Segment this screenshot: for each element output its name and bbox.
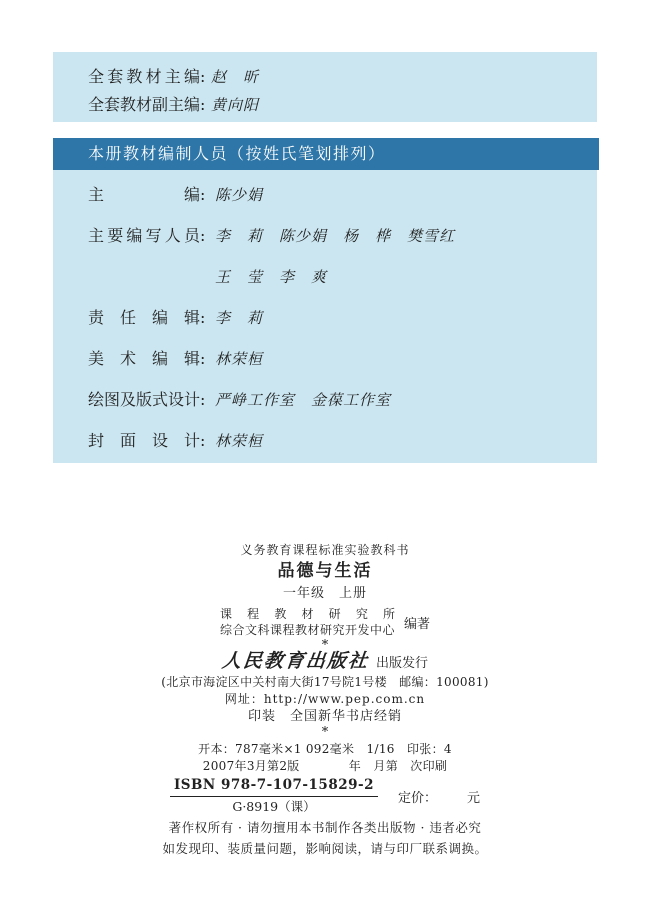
divider-star: *	[0, 727, 650, 738]
price-label: 定价：	[398, 791, 437, 806]
credit-row: 主编:陈少娟	[88, 184, 597, 206]
credit-label: 主要编写人员	[88, 225, 200, 246]
isbn-box: ISBN 978-7-107-15829-2 G·8919（课）	[170, 778, 378, 814]
isbn-code: G·8919（课）	[170, 797, 378, 814]
credit-row: 绘图及版式设计:严峥工作室 金葆工作室	[88, 389, 597, 411]
editor-colon: :	[200, 91, 208, 119]
credit-colon: :	[200, 225, 208, 246]
price-value: 元	[467, 791, 480, 806]
price-line: 定价：元	[398, 787, 480, 806]
book-copyright-page: 全套教材主编:赵 昕 全套教材副主编:黄向阳 本册教材编制人员（按姓氏笔划排列）…	[0, 0, 650, 918]
editor-row: 全套教材副主编:黄向阳	[88, 91, 597, 119]
format-line: 开本：787毫米×1 092毫米 1/16 印张：4	[0, 742, 650, 757]
credit-label: 封面设计	[88, 430, 200, 451]
credit-value: 严峥工作室 金葆工作室	[215, 391, 391, 409]
credit-value: 李 莉 陈少娟 杨 桦 樊雪红	[215, 227, 455, 245]
editor-row: 全套教材主编:赵 昕	[88, 63, 597, 91]
credit-row: 责任编辑:李 莉	[88, 307, 597, 329]
editor-colon: :	[200, 63, 208, 91]
quality-notice: 如发现印、装质量问题，影响阅读，请与印厂联系调换。	[0, 841, 650, 857]
colophon: 义务教育课程标准实验教科书 品德与生活 一年级 上册 课程教材研究所 综合文科课…	[0, 540, 650, 857]
credit-value: 李 莉	[215, 309, 263, 327]
credit-value: 王 莹 李 爽	[215, 268, 327, 286]
author-lines: 课程教材研究所 综合文科课程教材研究开发中心	[220, 606, 395, 638]
series-title: 义务教育课程标准实验教科书	[0, 543, 650, 558]
credit-colon: :	[200, 348, 208, 369]
authors-block: 课程教材研究所 综合文科课程教材研究开发中心 编著	[0, 606, 650, 638]
editor-name: 赵 昕	[211, 68, 259, 86]
credit-value: 林荣桓	[215, 350, 263, 368]
publisher-role: 出版发行	[376, 656, 428, 671]
author-line-2: 综合文科课程教材研究开发中心	[220, 622, 395, 638]
credit-colon: :	[200, 307, 208, 328]
credit-colon: :	[200, 430, 208, 451]
series-editors-panel: 全套教材主编:赵 昕 全套教材副主编:黄向阳	[53, 52, 597, 122]
author-line-1: 课程教材研究所	[220, 606, 395, 622]
website-line: 网址：http://www.pep.com.cn	[0, 692, 650, 706]
credit-colon: :	[200, 184, 208, 205]
grade-volume: 一年级 上册	[0, 586, 650, 602]
credit-row: 主要编写人员:李 莉 陈少娟 杨 桦 樊雪红	[88, 225, 597, 247]
credit-row: 王 莹 李 爽	[88, 266, 597, 288]
publisher-logo-text: 人民教育出版社	[221, 652, 370, 671]
book-title: 品德与生活	[0, 560, 650, 582]
panel-header-bar: 本册教材编制人员（按姓氏笔划排列）	[53, 138, 599, 170]
isbn-block: ISBN 978-7-107-15829-2 G·8919（课） 定价：元	[0, 778, 650, 814]
editor-label: 全套教材副主编	[88, 91, 200, 119]
edition-line: 2007年3月第2版 年 月第 次印刷	[0, 759, 650, 774]
isbn-number: ISBN 978-7-107-15829-2	[170, 778, 378, 797]
credit-label: 绘图及版式设计	[88, 389, 200, 410]
credit-label: 责任编辑	[88, 307, 200, 328]
credit-value: 陈少娟	[215, 186, 263, 204]
copyright-notice: 著作权所有 · 请勿擅用本书制作各类出版物 · 违者必究	[0, 820, 650, 836]
publisher-address: (北京市海淀区中关村南大街17号院1号楼 邮编：100081)	[0, 675, 650, 689]
distribution-line: 印装 全国新华书店经销	[0, 709, 650, 724]
editor-name: 黄向阳	[211, 96, 259, 114]
credit-row: 封面设计:林荣桓	[88, 430, 597, 452]
publisher-line: 人民教育出版社出版发行	[0, 652, 650, 673]
author-role: 编著	[404, 613, 430, 632]
credit-row: 美术编辑:林荣桓	[88, 348, 597, 370]
credit-value: 林荣桓	[215, 432, 263, 450]
editor-label: 全套教材主编	[88, 63, 200, 91]
credits-panel: 主编:陈少娟 主要编写人员:李 莉 陈少娟 杨 桦 樊雪红 王 莹 李 爽 责任…	[53, 170, 597, 463]
credit-colon: :	[200, 389, 208, 410]
credit-label: 主编	[88, 184, 200, 205]
credit-label: 美术编辑	[88, 348, 200, 369]
